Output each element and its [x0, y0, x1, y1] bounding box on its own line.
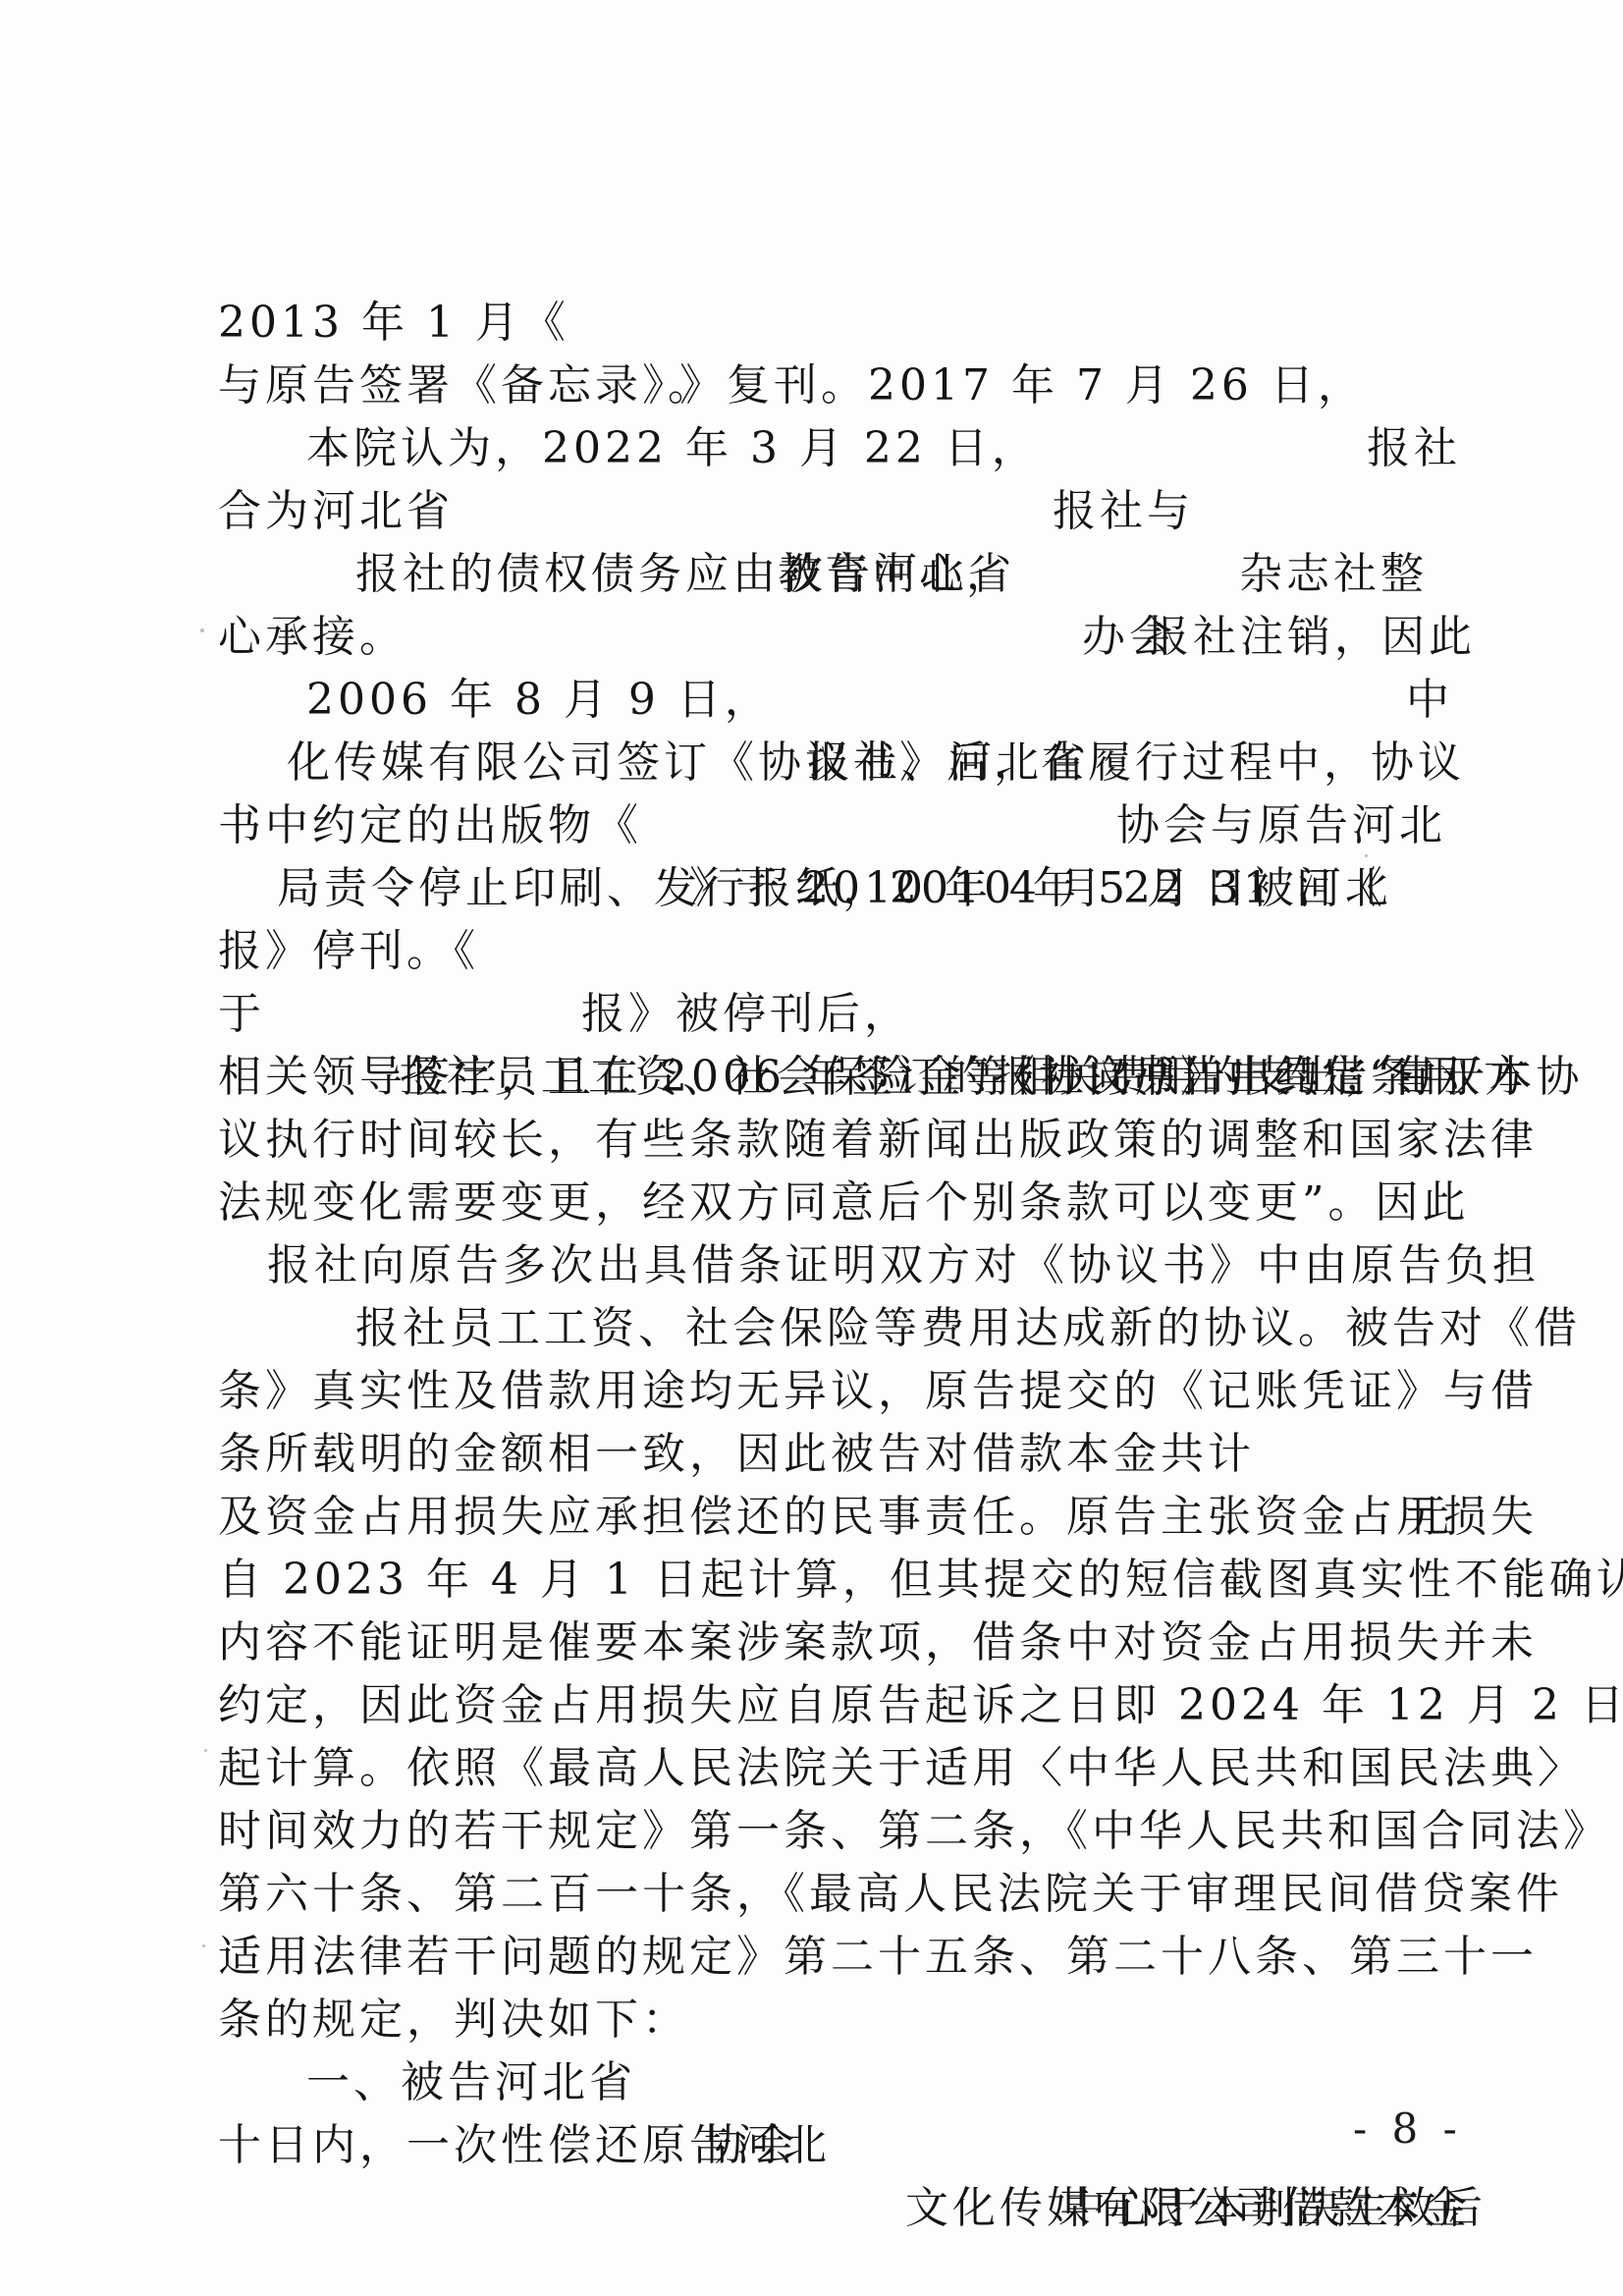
text-line-12: 相关领导签字，且在 2006 年签订的《协议书》中约定“由于本协 — [218, 983, 1455, 1046]
text-line-2: 本院认为，2022 年 3 月 22 日， 报社与 杂志社整 — [218, 355, 1455, 417]
text-segment: 文化传媒有限公司借款本金 — [905, 2177, 1471, 2240]
text-line-27: 条的规定，判决如下： — [218, 1926, 1455, 1989]
text-line-15: 报社向原告多次出具借条证明双方对《协议书》中由原告负担 — [218, 1172, 1455, 1234]
text-line-17: 条》真实性及借款用途均无异议，原告提交的《记账凭证》与借 — [218, 1297, 1455, 1360]
text-line-8: 书中约定的出版物《 》于 2010 年 4 月 22 日被河北 — [218, 732, 1455, 794]
text-line-4: 报社的债权债务应由被告河北省 办会 中 — [218, 480, 1455, 543]
text-line-29: 十日内，一次性偿还原告河北 文化传媒有限公司借款本金 — [218, 2051, 1455, 2114]
text-line-7: 化传媒有限公司签订《协议书》后，在履行过程中，协议 — [218, 669, 1455, 732]
text-line-20: 自 2023 年 4 月 1 日起计算，但其提交的短信截图真实性不能确认， — [218, 1486, 1455, 1549]
scan-speck — [202, 1944, 205, 1947]
text-line-9: 局责令停止印刷、发行报纸，2010 年 5 月 31 日《 — [218, 794, 1455, 857]
text-line-14: 法规变化需要变更，经双方同意后个别条款可以变更”。因此 — [218, 1109, 1455, 1172]
text-line-24: 时间效力的若干规定》第一条、第二条，《中华人民共和国合同法》 — [218, 1737, 1455, 1800]
document-page: 2013 年 1 月《 》复刊。2017 年 7 月 26 日， 报社 与原告签… — [0, 0, 1623, 2296]
text-line-13: 议执行时间较长，有些条款随着新闻出版政策的调整和国家法律 — [218, 1046, 1455, 1109]
text-line-10: 报》停刊。《 报》被停刊后， 报社向原告出具借条用 — [218, 857, 1455, 920]
text-line-23: 起计算。依照《最高人民法院关于适用〈中华人民共和国民法典〉 — [218, 1674, 1455, 1737]
scan-speck — [204, 1749, 207, 1752]
text-line-5: 心承接。 — [218, 543, 1455, 606]
text-line-11: 于 报社员工工资、社会保险金等相关费用的支出；有双方 — [218, 920, 1455, 983]
text-line-26: 适用法律若干问题的规定》第二十五条、第二十八条、第三十一 — [218, 1863, 1455, 1926]
text-line-6: 2006 年 8 月 9 日， 报社、河北省 协会与原告河北 — [218, 606, 1455, 669]
text-line-21: 内容不能证明是催要本案涉案款项，借条中对资金占用损失并未 — [218, 1549, 1455, 1612]
scan-speck — [1365, 854, 1368, 857]
text-line-3: 合为河北省 教育中心， 报社注销，因此 — [218, 417, 1455, 480]
scan-speck — [200, 629, 204, 632]
text-line-28: 一、被告河北省 协会 中心于本判决生效后 — [218, 1989, 1455, 2051]
page-number: - 8 - — [1353, 2100, 1463, 2159]
text-line-0: 2013 年 1 月《 》复刊。2017 年 7 月 26 日， 报社 — [218, 229, 1455, 292]
text-line-16: 报社员工工资、社会保险等费用达成新的协议。被告对《借 — [218, 1234, 1455, 1297]
text-line-1: 与原告签署《备忘录》。 — [218, 292, 1455, 355]
text-line-18: 条所载明的金额相一致，因此被告对借款本金共计 元 — [218, 1360, 1455, 1423]
text-line-19: 及资金占用损失应承担偿还的民事责任。原告主张资金占用损失 — [218, 1423, 1455, 1486]
text-line-22: 约定，因此资金占用损失应自原告起诉之日即 2024 年 12 月 2 日 — [218, 1612, 1455, 1674]
text-line-25: 第六十条、第二百一十条，《最高人民法院关于审理民间借贷案件 — [218, 1800, 1455, 1863]
text-segment: 十日内，一次性偿还原告河北 — [218, 2114, 831, 2177]
